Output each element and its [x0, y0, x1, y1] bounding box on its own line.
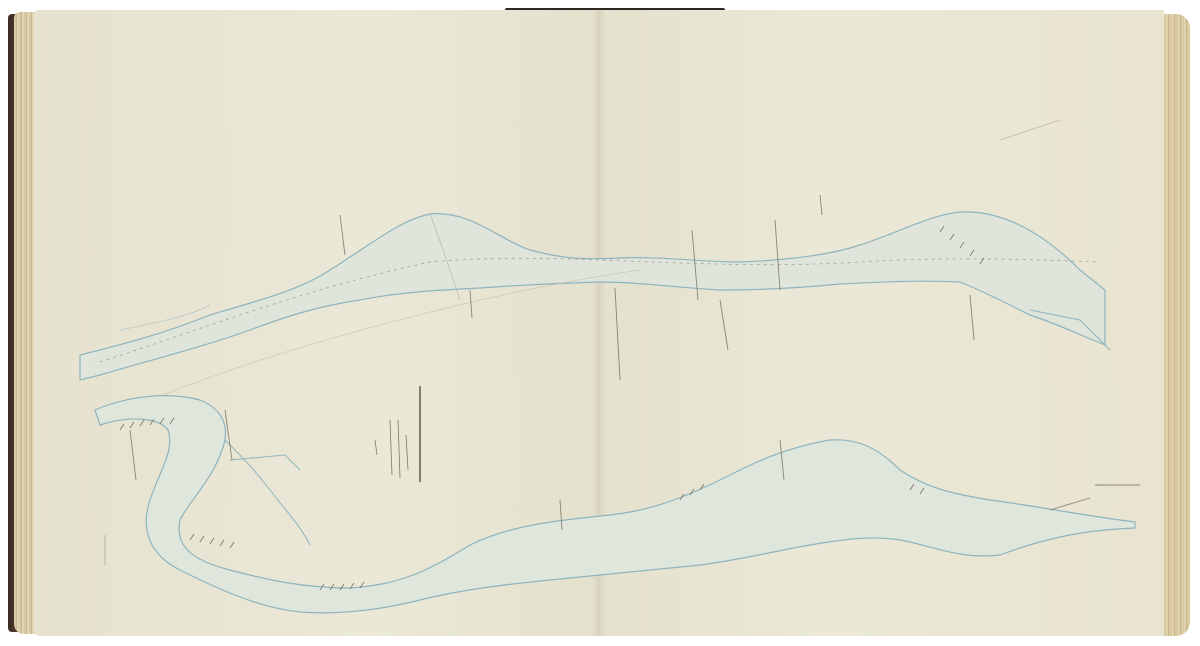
title-cartouche [375, 420, 408, 478]
river-map [0, 0, 1200, 646]
upper-river [80, 212, 1110, 400]
